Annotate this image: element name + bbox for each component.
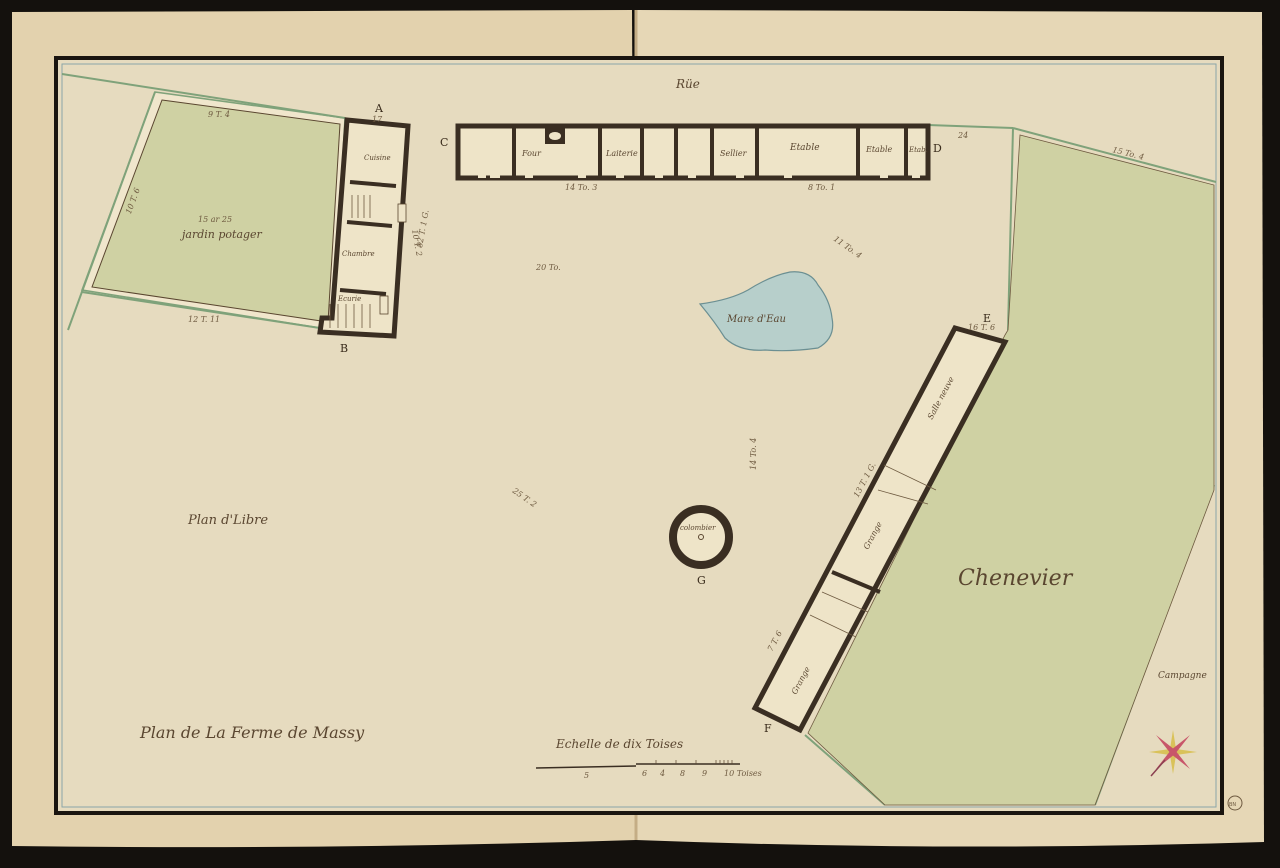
range-dim-right: 8 To. 1 (808, 183, 835, 192)
house-dim-top: 17 (372, 115, 383, 124)
scale-tick-9: 9 (702, 769, 707, 778)
corner-c: C (440, 136, 448, 149)
open-ground-label: Plan d'Libre (187, 513, 268, 528)
corner-b: B (340, 342, 348, 355)
room-chambre: Chambre (342, 250, 375, 258)
room-laiterie: Laiterie (605, 149, 638, 158)
measure-1: 20 To. (535, 263, 561, 272)
room-ecurie: Ecurie (337, 295, 361, 303)
range-dim-left: 14 To. 3 (565, 183, 597, 192)
room-sellier: Sellier (720, 149, 748, 158)
room-etable-2: Etable (865, 145, 893, 154)
corner-d: D (933, 142, 942, 155)
street-label: Rüe (675, 77, 700, 91)
barn-dim-top: 16 T. 6 (968, 323, 995, 332)
scale-label: Echelle de dix Toises (555, 737, 683, 751)
countryside-label: Campagne (1158, 671, 1207, 681)
map-title: Plan de La Ferme de Massy (139, 723, 365, 742)
garden-dim-top: 9 T. 4 (208, 110, 230, 119)
room-four: Four (521, 149, 542, 158)
scale-tick-6: 6 (642, 769, 647, 778)
room-cuisine: Cuisine (364, 154, 391, 162)
garden-label: jardin potager (179, 228, 263, 241)
corner-f: F (764, 722, 772, 735)
measure-4: 14 To. 4 (749, 438, 758, 470)
room-etable-1: Etable (789, 143, 820, 153)
farm-plan-map: jardin potager 15 ar 25 9 T. 4 12 T. 11 … (0, 0, 1280, 868)
dovecote-label: colombier (680, 524, 716, 532)
scale-tick-4: 4 (659, 769, 665, 778)
corner-a: A (374, 102, 384, 115)
stamp-text: BN (1229, 802, 1236, 808)
garden-area-note: 15 ar 25 (198, 215, 232, 224)
hemp-field-label: Chenevier (958, 566, 1074, 591)
room-etable-3: Etab. (908, 146, 928, 154)
pond-label: Mare d'Eau (726, 314, 786, 325)
garden-dim-bottom: 12 T. 11 (188, 315, 220, 324)
scale-tick-8: 8 (680, 769, 685, 778)
scale-tick-10: 10 Toises (724, 769, 762, 778)
corner-g: G (697, 574, 706, 587)
scale-tick-5: 5 (584, 771, 589, 780)
range-dim-end: 24 (957, 131, 968, 140)
